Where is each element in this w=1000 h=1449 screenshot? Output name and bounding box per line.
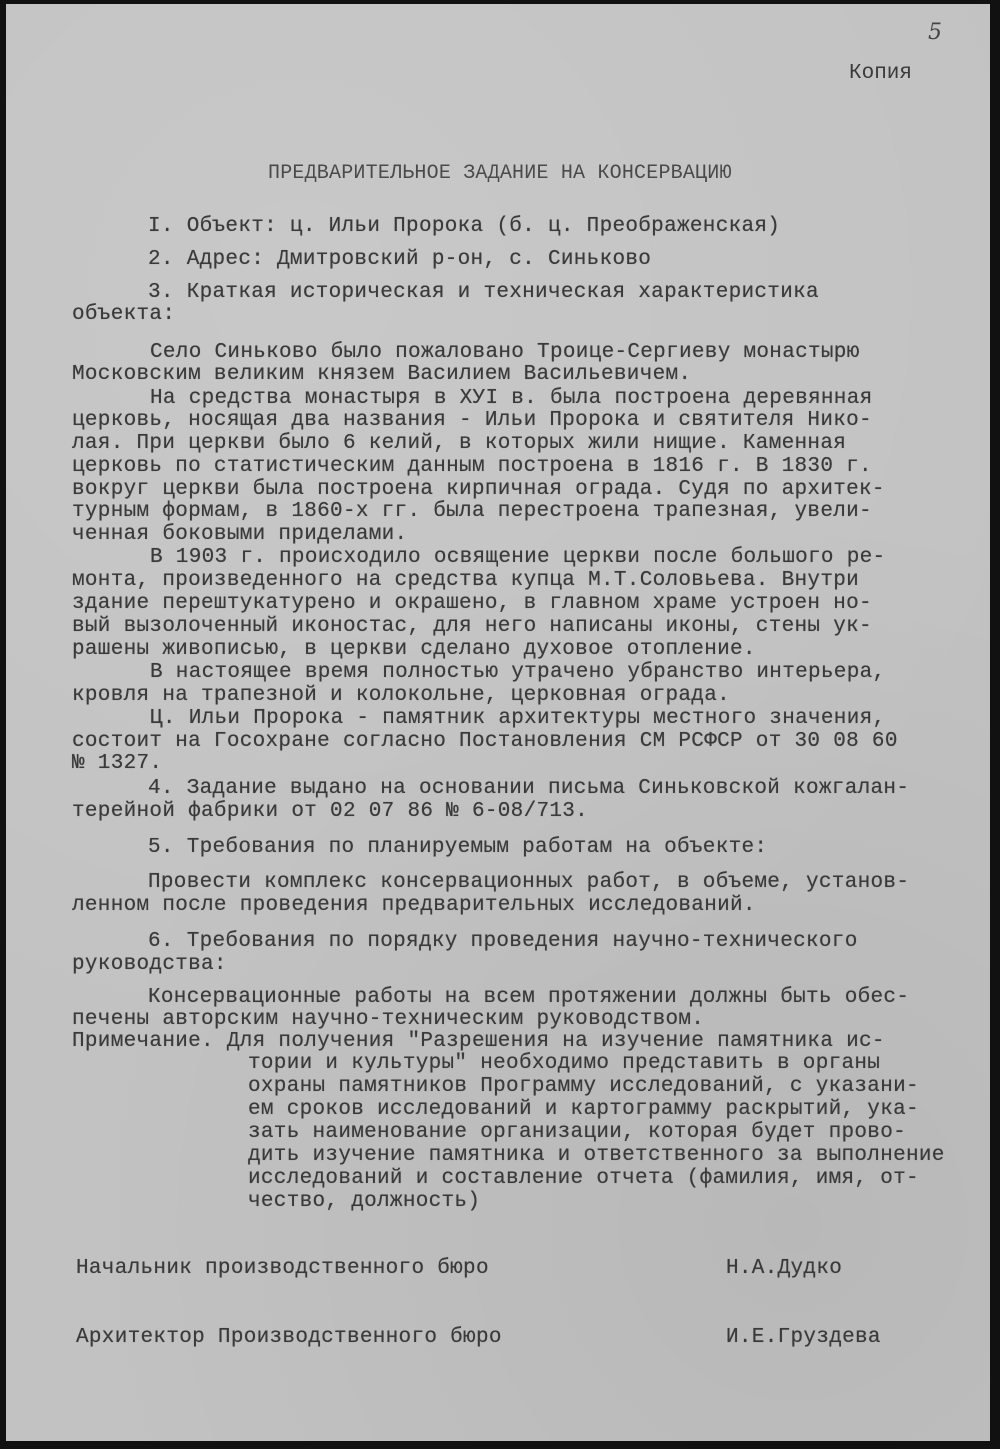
page-number: 5 (928, 20, 942, 45)
text-line: В настоящее время полностью утрачено убр… (150, 661, 885, 685)
text-line: 6. Требования по порядку проведения науч… (148, 930, 858, 954)
text-line: вый вызолоченный иконостас, для него нап… (72, 615, 872, 639)
text-line: I. Объект: ц. Ильи Пророка (б. ц. Преобр… (148, 215, 780, 239)
text-line: объекта: (72, 303, 175, 327)
text-line: зать наименование организации, которая б… (248, 1121, 906, 1145)
text-line: Провести комплекс консервационных работ,… (148, 871, 909, 895)
text-line: Консервационные работы на всем протяжени… (148, 986, 909, 1010)
text-line: 4. Задание выдано на основании письма Си… (148, 777, 909, 801)
document-page: 5 Копия ПРЕДВАРИТЕЛЬНОЕ ЗАДАНИЕ НА КОНСЕ… (6, 4, 990, 1441)
text-line: здание перештукатурено и окрашено, в гла… (72, 592, 872, 616)
text-line: печены авторским научно-техническим руко… (72, 1008, 704, 1032)
text-line: дить изучение памятника и ответственного… (248, 1144, 945, 1168)
text-line: турным формам, в 1860-х гг. была перестр… (72, 500, 872, 524)
text-line: ченная боковыми приделами. (72, 523, 407, 547)
text-line: рашены живописью, в церкви сделано духов… (72, 638, 756, 662)
text-line: ленном после проведения предварительных … (72, 894, 756, 918)
text-line: Примечание. Для получения "Разрешения на… (72, 1030, 885, 1054)
text-line: охраны памятников Программу исследований… (248, 1075, 919, 1099)
signature-name: Н.А.Дудко (726, 1257, 842, 1281)
text-line: чество, должность) (248, 1190, 480, 1214)
text-line: 3. Краткая историческая и техническая ха… (148, 281, 819, 305)
text-line: 5. Требования по планируемым работам на … (148, 836, 767, 860)
text-line: руководства: (72, 953, 227, 977)
text-line: тории и культуры" необходимо представить… (248, 1052, 880, 1076)
text-line: церковь по статистическим данным построе… (72, 455, 872, 479)
text-line: 2. Адрес: Дмитровский р-он, с. Синьково (148, 248, 651, 272)
signature-position: Начальник производственного бюро (76, 1257, 489, 1281)
text-line: монта, произведенного на средства купца … (72, 569, 859, 593)
text-line: исследований и составление отчета (фамил… (248, 1167, 919, 1191)
text-line: № 1327. (72, 752, 162, 776)
text-line: состоит на Госохране согласно Постановле… (72, 730, 898, 754)
text-line: лая. При церкви было 6 келий, в которых … (72, 432, 846, 456)
text-line: терейной фабрики от 02 07 86 № 6-08/713. (72, 800, 588, 824)
text-line: Ц. Ильи Пророка - памятник архитектуры м… (150, 707, 885, 731)
document-title: ПРЕДВАРИТЕЛЬНОЕ ЗАДАНИЕ НА КОНСЕРВАЦИЮ (268, 162, 732, 185)
text-line: вокруг церкви была построена кирпичная о… (72, 478, 885, 502)
copy-mark: Копия (849, 62, 912, 85)
text-line: Село Синьково было пожаловано Троице-Сер… (150, 341, 860, 365)
signature-position: Архитектор Производственного бюро (76, 1326, 502, 1350)
text-line: церковь, носящая два названия - Ильи Про… (72, 409, 872, 433)
text-line: На средства монастыря в ХУI в. была пост… (150, 387, 873, 411)
text-line: Московским великим князем Василием Васил… (72, 363, 691, 387)
text-line: кровля на трапезной и колокольне, церков… (72, 684, 730, 708)
signature-name: И.Е.Груздева (726, 1326, 881, 1350)
text-line: ем сроков исследований и картограмму рас… (248, 1098, 919, 1122)
text-line: В 1903 г. происходило освящение церкви п… (150, 546, 885, 570)
